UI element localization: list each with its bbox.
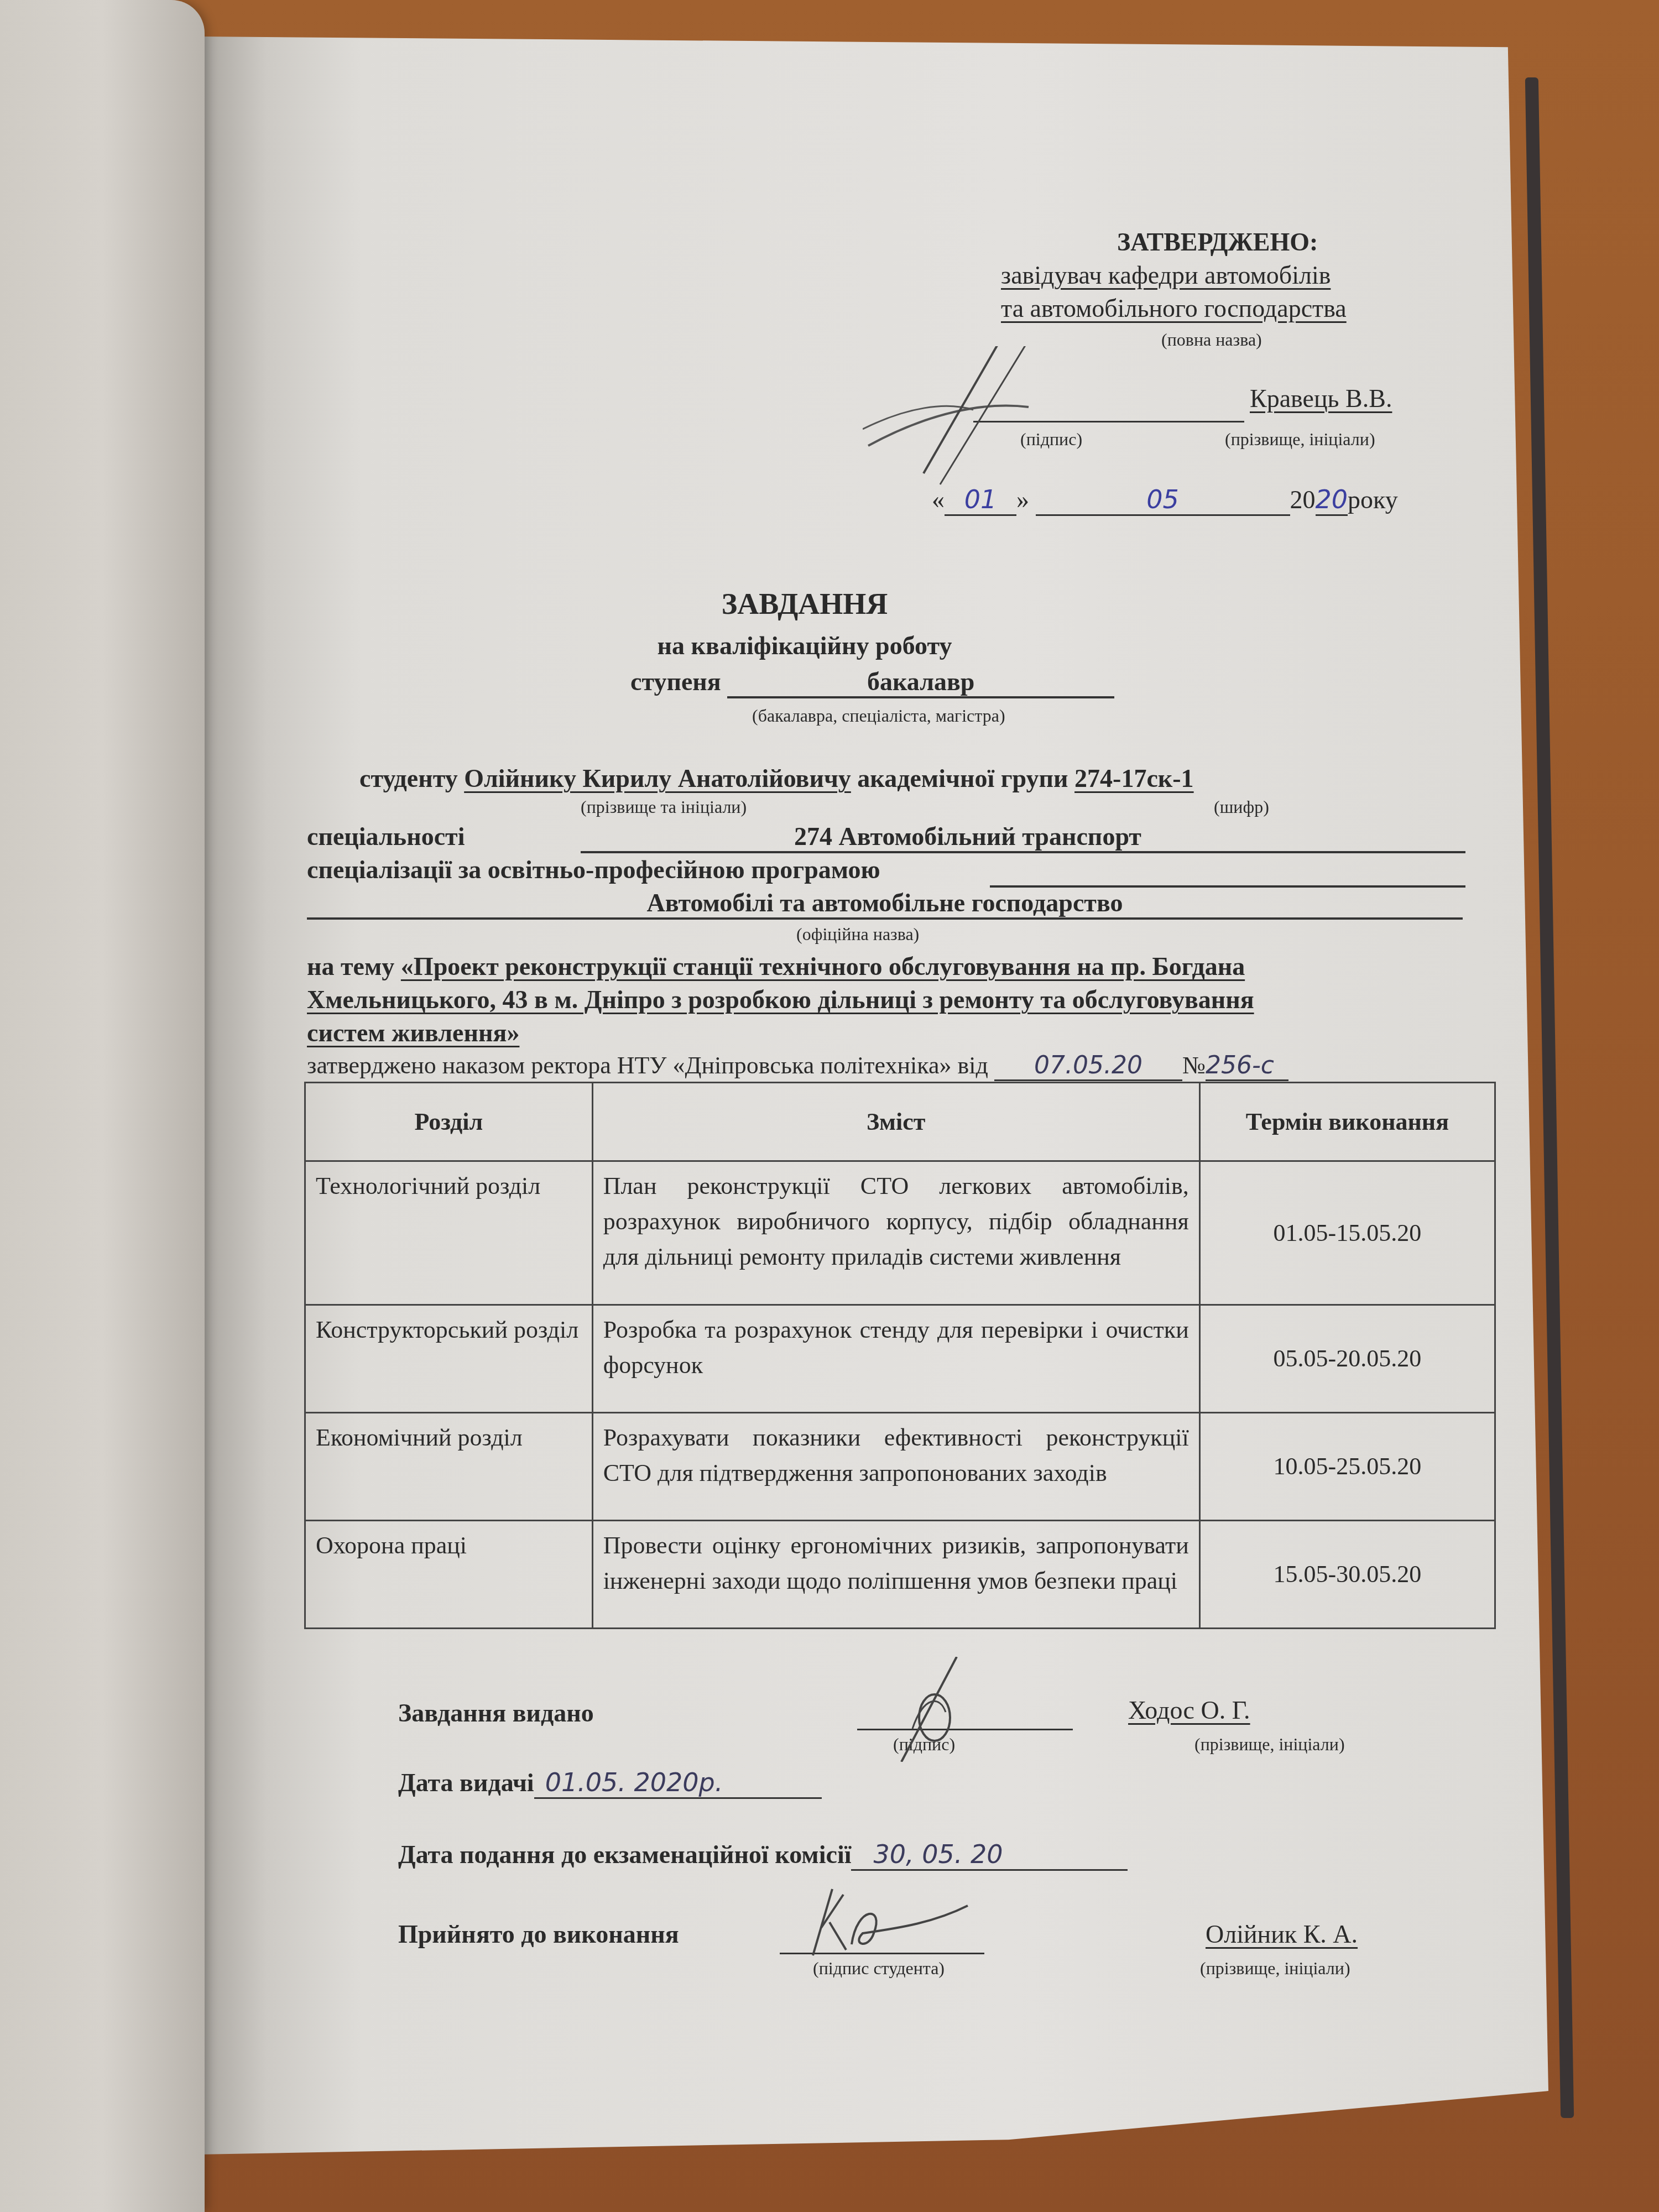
group-code: 274-17ск-1 bbox=[1074, 764, 1194, 792]
topic-text-1: «Проект реконструкції станції технічного… bbox=[401, 952, 1245, 980]
row-term: 05.05-20.05.20 bbox=[1199, 1305, 1495, 1413]
student-label: студенту bbox=[359, 764, 458, 792]
table-header-row: Розділ Зміст Термін виконання bbox=[305, 1083, 1495, 1161]
order-number-label: № bbox=[1182, 1052, 1206, 1079]
year-prefix: 20 bbox=[1290, 486, 1316, 514]
position-caption: (повна назва) bbox=[1161, 330, 1262, 350]
document-title: ЗАВДАННЯ bbox=[199, 587, 1548, 621]
facing-left-page bbox=[0, 0, 205, 2212]
head-signature-icon bbox=[863, 346, 1172, 490]
order-number: 256-с bbox=[1206, 1051, 1288, 1081]
row-section: Технологічний розділ bbox=[305, 1161, 593, 1305]
row-term: 15.05-30.05.20 bbox=[1199, 1521, 1495, 1629]
student-signature-caption: (підпис студента) bbox=[813, 1958, 945, 1979]
degree-value: бакалавр bbox=[727, 667, 1114, 698]
order-date: 07.05.20 bbox=[994, 1051, 1182, 1081]
document-subtitle: на кваліфікаційну роботу bbox=[199, 631, 1548, 660]
row-content: План реконструкції СТО легкових автомобі… bbox=[592, 1161, 1199, 1305]
issued-by-name: Ходос О. Г. bbox=[1128, 1695, 1250, 1725]
signer-name: Кравець В.В. bbox=[1250, 384, 1392, 413]
topic-line1: на тему «Проект реконструкції станції те… bbox=[307, 952, 1245, 981]
document-page: ЗАТВЕРДЖЕНО: завідувач кафедри автомобіл… bbox=[199, 36, 1548, 2154]
submission-date: 30, 05. 20 bbox=[851, 1839, 1128, 1871]
student-name: Олійнику Кирилу Анатолійовичу bbox=[464, 764, 851, 792]
table-row: Технологічний розділ План реконструкції … bbox=[305, 1161, 1495, 1305]
group-caption: (шифр) bbox=[1214, 797, 1269, 817]
specialization-label: спеціалізації за освітньо-професійною пр… bbox=[307, 855, 880, 884]
degree-caption: (бакалавра, спеціаліста, магістра) bbox=[752, 706, 1005, 726]
submission-row: Дата подання до екзаменаційної комісії30… bbox=[398, 1839, 1128, 1871]
student-signature-icon bbox=[791, 1884, 979, 1961]
accepted-label: Прийнято до виконання bbox=[398, 1919, 679, 1949]
tasks-table: Розділ Зміст Термін виконання Технологіч… bbox=[304, 1082, 1496, 1629]
approval-heading: ЗАТВЕРДЖЕНО: bbox=[1117, 227, 1318, 257]
year-suffix: 20 bbox=[1316, 484, 1348, 516]
topic-line2: Хмельницького, 43 в м. Дніпро з розробко… bbox=[307, 985, 1254, 1014]
issued-label: Завдання видано bbox=[398, 1698, 594, 1728]
table-row: Охорона праці Провести оцінку ергономічн… bbox=[305, 1521, 1495, 1629]
row-term: 10.05-25.05.20 bbox=[1199, 1413, 1495, 1521]
row-section: Охорона праці bbox=[305, 1521, 593, 1629]
approval-position-line2: та автомобільного господарства bbox=[1001, 294, 1347, 323]
row-content: Розробка та розрахунок стенду для переві… bbox=[592, 1305, 1199, 1413]
name-caption: (прізвище, ініціали) bbox=[1225, 429, 1375, 450]
row-section: Економічний розділ bbox=[305, 1413, 593, 1521]
topic-label: на тему bbox=[307, 952, 394, 980]
order-text: затверджено наказом ректора НТУ «Дніпров… bbox=[307, 1052, 988, 1079]
approval-position-line1: завідувач кафедри автомобілів bbox=[1001, 260, 1331, 290]
degree-label: ступеня bbox=[630, 667, 721, 696]
submission-label: Дата подання до екзаменаційної комісії bbox=[398, 1840, 851, 1869]
row-content: Провести оцінку ергономічних ризиків, за… bbox=[592, 1521, 1199, 1629]
student-row: студенту Олійнику Кирилу Анатолійовичу а… bbox=[359, 764, 1194, 793]
table-row: Конструкторський розділ Розробка та розр… bbox=[305, 1305, 1495, 1413]
issued-name-caption: (прізвище, ініціали) bbox=[1194, 1734, 1345, 1755]
issue-date: 01.05. 2020р. bbox=[534, 1767, 822, 1799]
issuer-signature-icon bbox=[890, 1657, 979, 1762]
header-term: Термін виконання bbox=[1199, 1083, 1495, 1161]
group-label: академічної групи bbox=[857, 764, 1068, 792]
issue-date-row: Дата видачі01.05. 2020р. bbox=[398, 1767, 822, 1799]
topic-line3: систем живлення» bbox=[307, 1018, 519, 1047]
table-row: Економічний розділ Розрахувати показники… bbox=[305, 1413, 1495, 1521]
issue-date-label: Дата видачі bbox=[398, 1768, 534, 1797]
row-term: 01.05-15.05.20 bbox=[1199, 1161, 1495, 1305]
row-section: Конструкторський розділ bbox=[305, 1305, 593, 1413]
student-name-caption: (прізвище та ініціали) bbox=[581, 797, 747, 817]
header-content: Зміст bbox=[592, 1083, 1199, 1161]
year-word: року bbox=[1348, 486, 1398, 514]
degree-row: ступеня бакалавр bbox=[630, 667, 1114, 698]
program-name: Автомобілі та автомобільне господарство bbox=[307, 888, 1463, 920]
specialty-value: 274 Автомобільний транспорт bbox=[581, 822, 1465, 853]
row-content: Розрахувати показники ефективності рекон… bbox=[592, 1413, 1199, 1521]
specialty-label: спеціальності bbox=[307, 822, 465, 851]
student-name-signed: Олійник К. А. bbox=[1206, 1919, 1358, 1949]
order-row: затверджено наказом ректора НТУ «Дніпров… bbox=[307, 1051, 1288, 1081]
header-section: Розділ bbox=[305, 1083, 593, 1161]
program-caption: (офіційна назва) bbox=[796, 924, 919, 945]
specialization-line bbox=[990, 885, 1465, 888]
student-name-caption-footer: (прізвище, ініціали) bbox=[1200, 1958, 1350, 1979]
